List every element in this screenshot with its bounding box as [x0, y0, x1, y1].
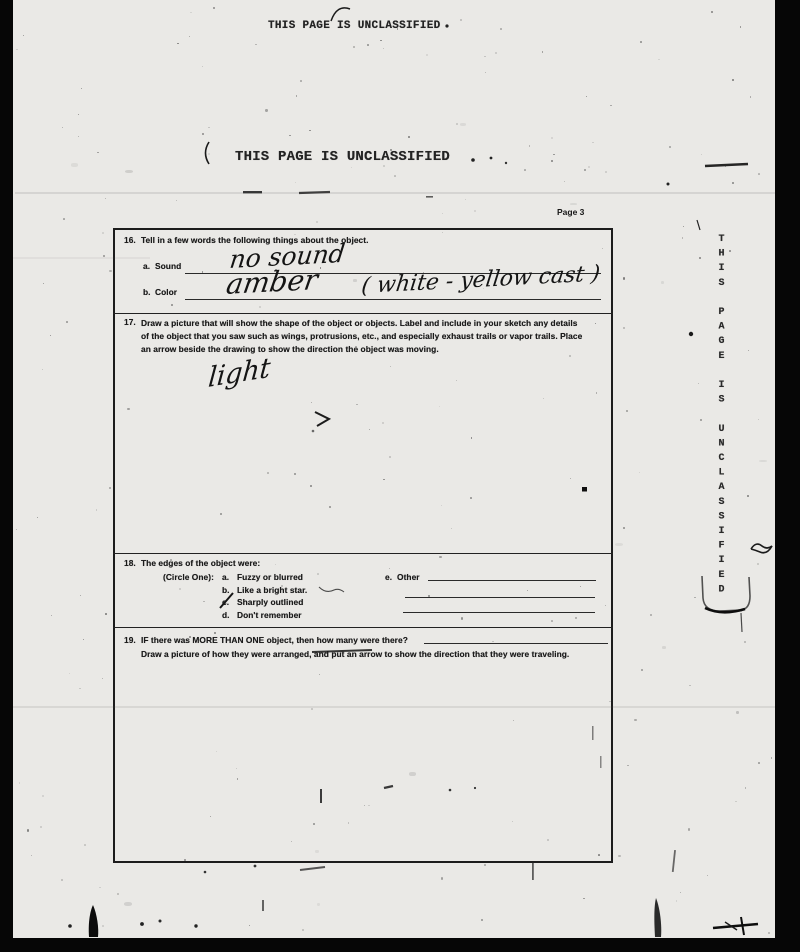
paper-speck	[701, 154, 702, 155]
q17-number: 17.	[124, 317, 136, 327]
paper-speck	[439, 406, 440, 407]
paper-speck	[309, 130, 310, 131]
paper-speck	[189, 36, 190, 37]
paper-speck	[317, 573, 319, 575]
q16-number: 16.	[124, 235, 136, 245]
q19-number: 19.	[124, 635, 136, 645]
paper-speck	[208, 127, 209, 128]
paper-speck	[524, 169, 526, 171]
paper-speck	[214, 632, 216, 634]
q19-question: IF there was MORE THAN ONE object, then …	[141, 635, 408, 645]
paper-speck	[758, 419, 759, 420]
paper-speck	[688, 828, 690, 830]
paper-smudge	[315, 850, 319, 853]
paper-speck	[627, 765, 629, 767]
paper-speck	[170, 559, 172, 561]
paper-speck	[190, 12, 192, 14]
paper-speck	[37, 517, 38, 518]
paper-speck	[62, 127, 63, 128]
paper-speck	[177, 43, 178, 44]
section-divider-3	[113, 627, 613, 628]
paper-speck	[23, 35, 25, 37]
paper-speck	[96, 509, 98, 511]
paper-speck	[316, 221, 318, 223]
paper-speck	[694, 597, 696, 599]
paper-speck	[634, 719, 636, 721]
paper-speck	[390, 149, 392, 151]
q18-text: The edges of the object were:	[141, 558, 260, 568]
paper-speck	[529, 145, 530, 146]
paper-speck	[584, 169, 586, 171]
paper-speck	[109, 487, 111, 489]
paper-speck	[63, 218, 65, 220]
q17-text-line3: an arrow beside the drawing to show the …	[141, 343, 582, 356]
paper-speck	[105, 198, 106, 199]
paper-speck	[484, 56, 486, 58]
paper-speck	[588, 166, 590, 168]
paper-speck	[102, 678, 103, 679]
paper-smudge	[661, 281, 664, 283]
paper-speck	[31, 855, 32, 856]
q19-instruction: Draw a picture of how they were arranged…	[141, 649, 569, 659]
paper-speck	[42, 795, 44, 797]
paper-speck	[267, 472, 269, 474]
paper-speck	[311, 708, 313, 710]
paper-speck	[295, 182, 296, 183]
paper-speck	[302, 929, 304, 931]
paper-speck	[745, 787, 746, 788]
paper-speck	[40, 826, 42, 828]
paper-speck	[485, 72, 486, 73]
q16a-label: Sound	[155, 261, 181, 271]
paper-speck	[639, 472, 640, 473]
paper-speck	[439, 556, 441, 558]
paper-speck	[184, 859, 186, 861]
paper-speck	[598, 854, 600, 856]
paper-speck	[460, 19, 462, 21]
scanned-document-page: THIS PAGE IS UNCLASSIFIED THIS PAGE IS U…	[0, 0, 800, 952]
paper-smudge	[570, 203, 576, 205]
scanner-edge-right	[775, 0, 800, 952]
paper-speck	[102, 925, 104, 927]
paper-smudge	[71, 163, 78, 166]
paper-speck	[610, 105, 612, 107]
q18-other-label: Other	[397, 572, 420, 582]
paper-speck	[725, 166, 726, 167]
q17-text: Draw a picture that will show the shape …	[141, 317, 582, 357]
paper-speck	[202, 133, 204, 135]
paper-speck	[641, 669, 643, 671]
paper-speck	[768, 932, 770, 934]
paper-speck	[171, 304, 173, 306]
paper-speck	[42, 369, 43, 370]
paper-speck	[680, 892, 681, 893]
paper-speck	[127, 408, 129, 410]
paper-speck	[50, 335, 51, 336]
paper-speck	[669, 146, 671, 148]
q16a-letter: a.	[143, 261, 150, 271]
paper-speck	[605, 171, 607, 173]
paper-speck	[732, 79, 734, 81]
paper-speck	[61, 879, 63, 881]
paper-speck	[623, 327, 624, 328]
paper-speck	[16, 529, 17, 530]
paper-speck	[618, 855, 620, 857]
classification-header-mid: THIS PAGE IS UNCLASSIFIED	[235, 149, 450, 165]
paper-speck	[16, 49, 17, 50]
paper-speck	[623, 277, 625, 279]
q16b-letter: b.	[143, 287, 151, 297]
paper-speck	[623, 527, 625, 529]
paper-speck	[553, 154, 555, 156]
paper-speck	[699, 257, 701, 259]
paper-speck	[583, 898, 584, 899]
paper-speck	[495, 52, 497, 54]
paper-speck	[542, 51, 544, 53]
paper-speck	[99, 887, 100, 888]
paper-speck	[51, 615, 52, 616]
paper-speck	[707, 875, 708, 876]
paper-speck	[249, 925, 250, 926]
paper-speck	[353, 46, 355, 48]
q18-option-a-letter: a.	[222, 572, 229, 582]
paper-smudge	[615, 543, 623, 546]
paper-speck	[27, 829, 29, 831]
paper-speck	[757, 563, 759, 565]
paper-speck	[758, 173, 760, 175]
classification-header-top: THIS PAGE IS UNCLASSIFIED	[268, 20, 441, 32]
paper-speck	[461, 617, 463, 619]
q18-option-c: Sharply outlined	[237, 597, 303, 607]
q19-answer-line	[424, 643, 608, 644]
paper-speck	[105, 613, 107, 615]
paper-speck	[202, 66, 203, 67]
q18-option-d: Don't remember	[237, 610, 302, 620]
q18-other-line-2	[405, 597, 595, 598]
paper-speck	[213, 7, 215, 9]
paper-smudge	[409, 772, 416, 776]
scanner-edge-left	[0, 0, 13, 952]
paper-speck	[689, 685, 691, 687]
paper-speck	[747, 495, 749, 497]
paper-speck	[602, 248, 603, 249]
paper-speck	[527, 590, 528, 591]
paper-speck	[711, 11, 713, 13]
paper-smudge	[317, 903, 320, 906]
paper-speck	[740, 26, 742, 28]
classification-side-vertical: THIS PAGE IS UNCLASSIFIED	[716, 234, 727, 579]
section-divider-1	[113, 313, 613, 314]
paper-smudge	[125, 170, 133, 173]
paper-speck	[203, 601, 204, 602]
q18-other-letter: e.	[385, 572, 392, 582]
paper-speck	[605, 605, 606, 606]
paper-speck	[586, 96, 587, 97]
paper-smudge	[164, 349, 170, 351]
q16b-handwritten-answer: amber	[224, 263, 320, 301]
paper-speck	[389, 568, 390, 569]
paper-speck	[296, 95, 298, 97]
paper-speck	[736, 711, 738, 713]
paper-speck	[84, 844, 86, 846]
paper-speck	[380, 40, 382, 42]
paper-speck	[351, 167, 352, 168]
q18-option-c-letter: c.	[222, 597, 229, 607]
paper-speck	[569, 355, 571, 357]
paper-speck	[484, 864, 486, 866]
scanner-edge-bottom	[0, 938, 800, 952]
paper-speck	[456, 123, 458, 125]
q18-option-a: Fuzzy or blurred	[237, 572, 303, 582]
paper-speck	[592, 142, 594, 144]
paper-speck	[626, 410, 628, 412]
paper-speck	[294, 473, 296, 475]
paper-speck	[564, 181, 565, 182]
paper-speck	[144, 321, 145, 322]
paper-speck	[102, 232, 104, 234]
paper-speck	[367, 44, 369, 46]
paper-speck	[750, 96, 752, 98]
paper-speck	[456, 380, 457, 381]
paper-speck	[741, 611, 742, 612]
paper-speck	[758, 762, 760, 764]
paper-speck	[78, 114, 79, 115]
paper-speck	[547, 839, 549, 841]
paper-speck	[109, 270, 111, 272]
paper-smudge	[662, 646, 666, 649]
q18-option-b: Like a bright star.	[237, 585, 307, 595]
q18-option-d-letter: d.	[222, 610, 230, 620]
paper-speck	[732, 182, 734, 184]
q18-circle-one-label: (Circle One):	[163, 572, 214, 582]
q17-text-line2: of the object that you saw such as wings…	[141, 330, 582, 343]
paper-speck	[66, 321, 68, 323]
q16b-label: Color	[155, 287, 177, 297]
paper-speck	[481, 919, 483, 921]
paper-speck	[442, 213, 443, 214]
paper-speck	[650, 614, 652, 616]
paper-speck	[103, 255, 105, 257]
paper-speck	[97, 152, 98, 153]
paper-speck	[320, 267, 321, 268]
paper-speck	[640, 41, 642, 43]
section-divider-2	[113, 553, 613, 554]
paper-speck	[408, 136, 410, 138]
paper-speck	[117, 893, 119, 895]
paper-speck	[294, 234, 296, 236]
paper-speck	[275, 269, 277, 271]
paper-speck	[729, 250, 731, 252]
paper-speck	[748, 350, 750, 352]
paper-speck	[281, 585, 283, 587]
q18-other-line-1	[428, 580, 596, 581]
paper-speck	[426, 54, 428, 56]
paper-speck	[575, 617, 576, 618]
paper-smudge	[460, 123, 466, 126]
paper-speck	[442, 232, 443, 233]
paper-speck	[176, 200, 177, 201]
q18-number: 18.	[124, 558, 136, 568]
paper-speck	[383, 48, 384, 49]
paper-speck	[19, 782, 21, 784]
paper-speck	[698, 383, 700, 385]
paper-speck	[43, 283, 45, 285]
paper-speck	[383, 165, 385, 167]
paper-smudge	[353, 279, 356, 282]
paper-speck	[451, 528, 452, 529]
paper-speck	[700, 419, 702, 421]
paper-speck	[265, 109, 267, 111]
paper-speck	[465, 199, 466, 200]
paper-speck	[474, 210, 476, 212]
paper-speck	[683, 226, 684, 227]
paper-speck	[300, 80, 302, 82]
paper-speck	[310, 485, 312, 487]
paper-speck	[80, 595, 81, 596]
paper-speck	[551, 137, 553, 139]
q18-other-line-3	[403, 612, 595, 613]
paper-speck	[79, 688, 81, 690]
page-number-label: Page 3	[557, 207, 584, 217]
paper-speck	[69, 673, 70, 674]
paper-smudge	[759, 460, 766, 462]
paper-speck	[735, 801, 737, 803]
paper-speck	[289, 135, 291, 137]
paper-speck	[255, 44, 256, 45]
q17-text-line1: Draw a picture that will show the shape …	[141, 317, 582, 330]
paper-speck	[78, 136, 79, 137]
paper-speck	[658, 59, 660, 61]
paper-speck	[394, 175, 396, 177]
paper-speck	[208, 153, 210, 155]
paper-speck	[441, 877, 443, 879]
paper-speck	[771, 757, 773, 759]
paper-speck	[81, 88, 82, 89]
paper-speck	[744, 641, 746, 643]
paper-speck	[382, 422, 383, 423]
paper-speck	[500, 28, 502, 30]
paper-speck	[83, 639, 84, 640]
paper-speck	[676, 900, 677, 901]
paper-speck	[551, 160, 553, 162]
paper-smudge	[124, 902, 132, 906]
paper-speck	[682, 237, 684, 239]
paper-speck	[202, 271, 204, 273]
q18-option-b-letter: b.	[222, 585, 230, 595]
